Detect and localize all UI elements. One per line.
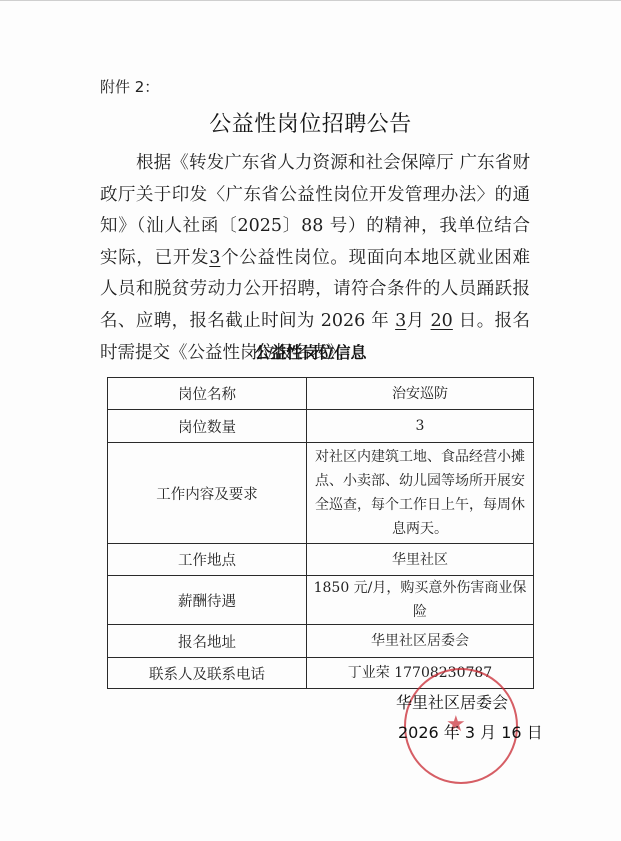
page-title: 公益性岗位招聘公告 [0,107,621,138]
table-title: 公益性岗位信息 [0,340,621,363]
positions-count: 3 [209,248,220,268]
table-row: 岗位数量 3 [108,410,534,443]
row-value: 华里社区居委会 [307,625,534,658]
page-top-edge [0,0,621,1]
row-value: 1850 元/月，购买意外伤害商业保险 [307,576,534,625]
row-label: 工作内容及要求 [108,443,307,544]
table-row: 报名地址 华里社区居委会 [108,625,534,658]
row-label: 岗位名称 [108,378,307,410]
row-label: 岗位数量 [108,410,307,443]
row-value: 治安巡防 [307,378,534,410]
table-row: 工作内容及要求 对社区内建筑工地、食品经营小摊点、小卖部、幼儿园等场所开展安全巡… [108,443,534,544]
row-label: 联系人及联系电话 [108,658,307,689]
table-row: 工作地点 华里社区 [108,544,534,576]
deadline-month: 3 [395,311,406,331]
row-label: 报名地址 [108,625,307,658]
signature-date: 2026 年 3 月 16 日 [398,720,543,743]
body-part-3: 月 [406,311,424,331]
row-value: 3 [307,410,534,443]
row-value: 华里社区 [307,544,534,576]
signature-org: 华里社区居委会 [396,690,508,713]
row-label: 薪酬待遇 [108,576,307,625]
row-value: 对社区内建筑工地、食品经营小摊点、小卖部、幼儿园等场所开展安全巡查，每个工作日上… [307,443,534,544]
announcement-body: 根据《转发广东省人力资源和社会保障厅 广东省财政厅关于印发〈广东省公益性岗位开发… [100,148,530,369]
attachment-label: 附件 2： [100,76,159,97]
deadline-day: 20 [431,311,453,331]
table-row: 岗位名称 治安巡防 [108,378,534,410]
position-info-table: 岗位名称 治安巡防 岗位数量 3 工作内容及要求 对社区内建筑工地、食品经营小摊… [107,377,534,689]
table-row: 薪酬待遇 1850 元/月，购买意外伤害商业保险 [108,576,534,625]
row-label: 工作地点 [108,544,307,576]
